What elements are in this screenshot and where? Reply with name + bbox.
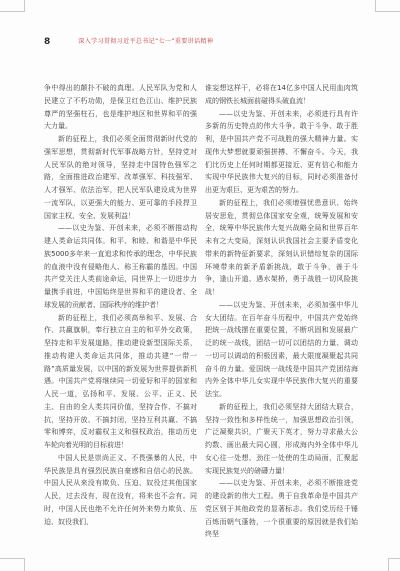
paragraph: 新的征程上，我们必须高举和平、发展、合作、共赢旗帜，奉行独立自主的和平外交政策，…: [44, 312, 197, 452]
paragraph: ——以史为鉴、开创未来，必须进行具有许多新的历史特点的伟大斗争。敢于斗争、敢于胜…: [205, 108, 358, 197]
paragraph: ——以史为鉴、开创未来，必须加强中华儿女大团结。在百年奋斗历程中，中国共产党始终…: [205, 299, 358, 401]
text-column-right: 谁妄想这样干，必将在14亿多中国人民用血肉筑成的钢铁长城面前碰得头破血流！ ——…: [205, 82, 358, 541]
magazine-page: 8 深入学习贯彻习近平总书记“七一”重要讲话精神 争中得出的颠扑不破的真理。人民…: [0, 0, 400, 571]
crop-mark-top-left: [0, 0, 25, 12]
paragraph: 争中得出的颠扑不破的真理。人民军队为党和人民建立了不朽功勋，是保卫红色江山、维护…: [44, 82, 197, 133]
paragraph: 新的征程上，我们必须全面贯彻新时代党的强军思想，贯彻新时代军事战略方针，坚持党对…: [44, 133, 197, 222]
paragraph: 新的征程上，我们必须坚持大团结大联合，坚持一致性和多样性统一，加强思想政治引领，…: [205, 401, 358, 478]
crop-mark-bottom-left: [0, 558, 25, 571]
text-column-left: 争中得出的颠扑不破的真理。人民军队为党和人民建立了不朽功勋，是保卫红色江山、维护…: [44, 82, 197, 528]
paragraph: 谁妄想这样干，必将在14亿多中国人民用血肉筑成的钢铁长城面前碰得头破血流！: [205, 82, 358, 108]
paragraph: ——以史为鉴、开创未来，必须不断推进党的建设新的伟大工程。勇于自我革命是中国共产…: [205, 477, 358, 541]
paragraph: ——以史为鉴、开创未来，必须不断推动构建人类命运共同体。和平、和睦、和谐是中华民…: [44, 222, 197, 311]
page-header: 8 深入学习贯彻习近平总书记“七一”重要讲话精神: [44, 36, 358, 48]
page-number: 8: [44, 38, 50, 47]
crop-mark-top-right: [375, 0, 400, 12]
paragraph: 新的征程上，我们必须增强忧患意识、始终居安思危，贯彻总体国家安全观，统筹发展和安…: [205, 197, 358, 299]
crop-mark-bottom-right: [388, 558, 400, 571]
running-head-title: 深入学习贯彻习近平总书记“七一”重要讲话精神: [78, 39, 213, 45]
paragraph: 中国人民是崇尚正义、不畏强暴的人民，中华民族是具有强烈民族自豪感和自信心的民族。…: [44, 452, 197, 529]
